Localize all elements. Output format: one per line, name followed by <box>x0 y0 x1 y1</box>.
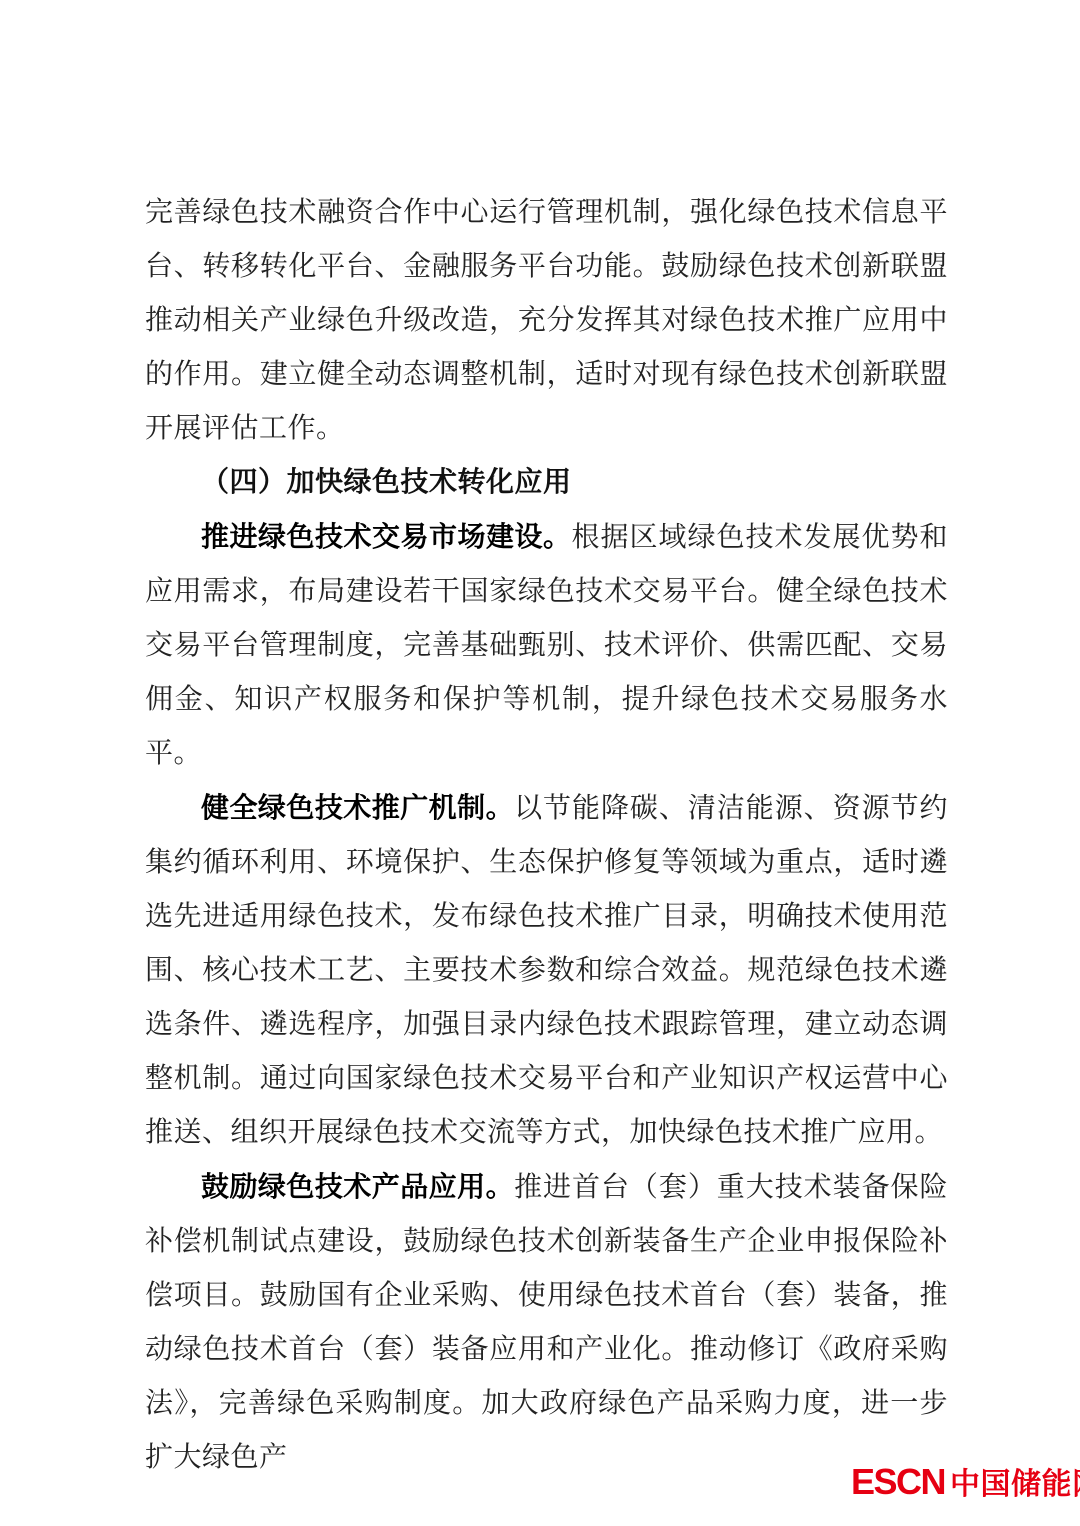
paragraph-lead: 鼓励绿色技术产品应用。 <box>201 1171 514 1202</box>
paragraph-lead: 推进绿色技术交易市场建设。 <box>201 521 572 552</box>
escn-watermark-logo: ESCN 中国储能网 <box>851 1464 1080 1500</box>
document-text-block: 完善绿色技术融资合作中心运行管理机制，强化绿色技术信息平台、转移转化平台、金融服… <box>145 186 948 1485</box>
paragraph-body: 以节能降碳、清洁能源、资源节约集约循环利用、环境保护、生态保护修复等领域为重点，… <box>145 793 948 1148</box>
paragraph-promotion-mechanism: 健全绿色技术推广机制。以节能降碳、清洁能源、资源节约集约循环利用、环境保护、生态… <box>145 781 948 1160</box>
paragraph-product-application: 鼓励绿色技术产品应用。推进首台（套）重大技术装备保险补偿机制试点建设，鼓励绿色技… <box>145 1160 948 1485</box>
paragraph-body: 根据区域绿色技术发展优势和应用需求，布局建设若干国家绿色技术交易平台。健全绿色技… <box>145 522 948 769</box>
document-page: 完善绿色技术融资合作中心运行管理机制，强化绿色技术信息平台、转移转化平台、金融服… <box>0 0 1080 1526</box>
paragraph-continuation: 完善绿色技术融资合作中心运行管理机制，强化绿色技术信息平台、转移转化平台、金融服… <box>145 186 948 456</box>
paragraph-lead: 健全绿色技术推广机制。 <box>201 792 514 823</box>
escn-logo-en-text: ESCN <box>851 1464 945 1500</box>
paragraph-body: 推进首台（套）重大技术装备保险补偿机制试点建设，鼓励绿色技术创新装备生产企业申报… <box>145 1172 948 1473</box>
paragraph-market-construction: 推进绿色技术交易市场建设。根据区域绿色技术发展优势和应用需求，布局建设若干国家绿… <box>145 510 948 781</box>
section-heading: （四）加快绿色技术转化应用 <box>145 456 948 510</box>
escn-logo-cn-text: 中国储能网 <box>950 1470 1080 1500</box>
